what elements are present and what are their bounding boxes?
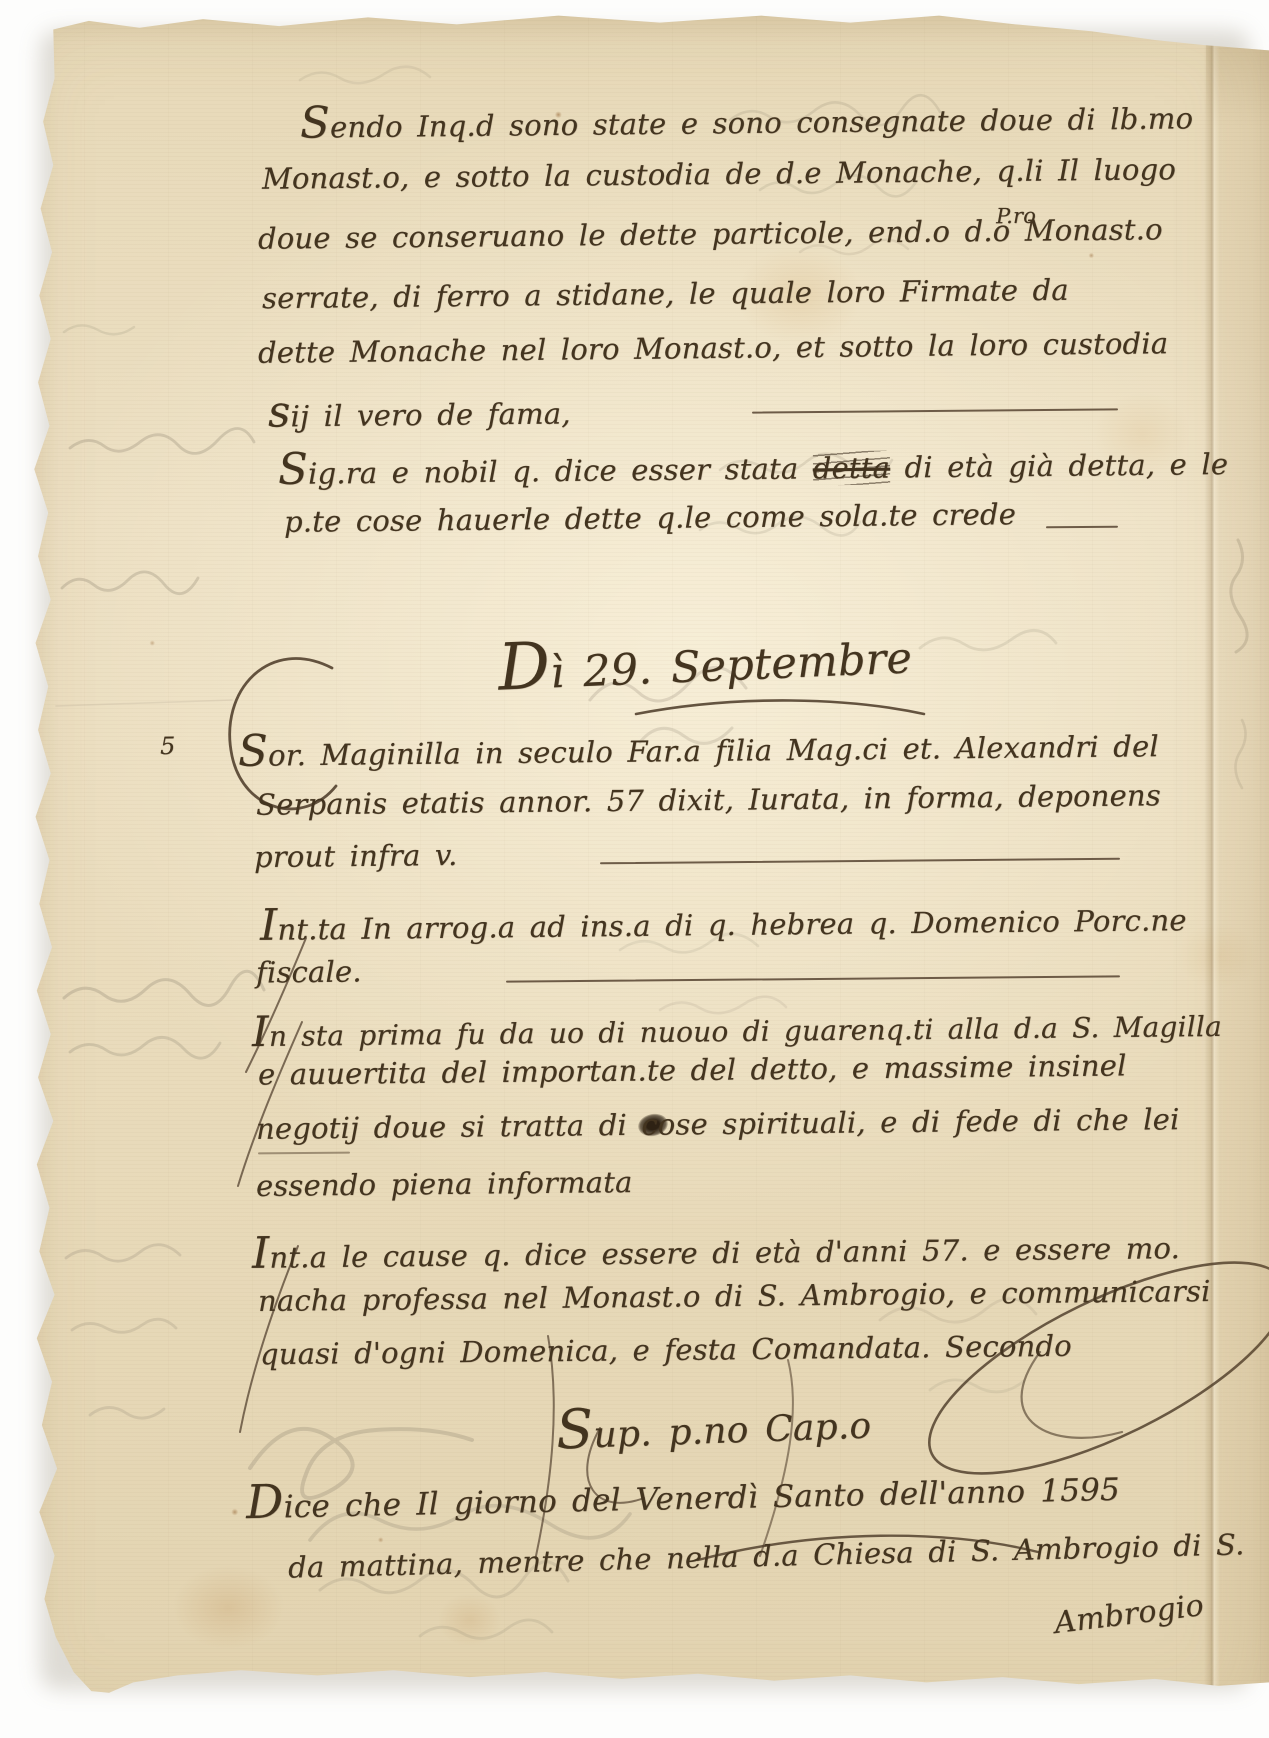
line-19: Int.a le cause q. dice essere di età d'a… <box>252 1223 1180 1276</box>
word-underline <box>258 1152 350 1155</box>
line-7-pre: Sig.ra e nobil q. dice esser stata <box>278 451 813 491</box>
line-7: Sig.ra e nobil q. dice esser stata detta… <box>278 439 1229 492</box>
section-heading: Sup. p.no Cap.o <box>555 1393 872 1458</box>
fold-shadow <box>1206 30 1269 170</box>
line-6: sij il vero de fama, <box>268 388 571 435</box>
line-18: essendo piena informata <box>256 1168 633 1201</box>
scanned-page: Sendo Inq.d sono state e sono consegnate… <box>0 0 1269 1738</box>
line-2: Monast.o, e sotto la custodia de d.e Mon… <box>262 155 1176 194</box>
line-8: p.te cose hauerle dette q.le come sola.t… <box>284 500 1016 537</box>
line-4: serrate, di ferro a stidane, le quale lo… <box>262 276 1069 313</box>
catchword: Ambrogio <box>1053 1591 1206 1639</box>
struck-word: detta <box>813 451 891 486</box>
date-heading: Dì 29. Septembre <box>497 619 913 701</box>
line-16: e auuertita del importan.te del detto, e… <box>258 1051 1127 1089</box>
line-10: Sor. Maginilla in seculo Far.a filia Mag… <box>238 721 1159 774</box>
line-1: Sendo Inq.d sono state e sono consegnate… <box>300 93 1194 146</box>
line-13: Int.ta In arrog.a ad ins.a di q. hebrea … <box>260 895 1187 948</box>
line-5: dette Monache nel loro Monast.o, et sott… <box>258 329 1169 368</box>
line-20: nacha professa nel Monast.o di S. Ambrog… <box>258 1277 1211 1316</box>
line-14: fiscale. <box>256 957 362 987</box>
line-12: prout infra v. <box>254 841 458 872</box>
line-23: Dice che Il giorno del Venerdì Santo del… <box>246 1461 1121 1526</box>
ink-rule-2 <box>600 858 1120 865</box>
ink-rule-3 <box>506 975 1120 982</box>
folded-right-margin <box>1213 24 1269 1696</box>
manuscript-paper: Sendo Inq.d sono state e sono consegnate… <box>0 0 1269 1738</box>
superscript-note: P.ro <box>996 206 1036 227</box>
line-11: Serpanis etatis annor. 57 dixit, Iurata,… <box>256 781 1161 819</box>
ink-dash <box>1046 526 1118 529</box>
line-15: In sta prima fu da uo di nuouo di guaren… <box>252 1001 1222 1053</box>
ink-rule-1 <box>752 408 1118 413</box>
line-7-post: di età già detta, e le <box>890 447 1228 485</box>
line-24: da mattina, mentre che nella d.a Chiesa … <box>288 1530 1245 1582</box>
line-17: negotij doue si tratta di cose spiritual… <box>256 1105 1180 1144</box>
margin-number: 5 <box>160 734 176 758</box>
line-21: quasi d'ogni Domenica, e festa Comandata… <box>260 1332 1072 1369</box>
